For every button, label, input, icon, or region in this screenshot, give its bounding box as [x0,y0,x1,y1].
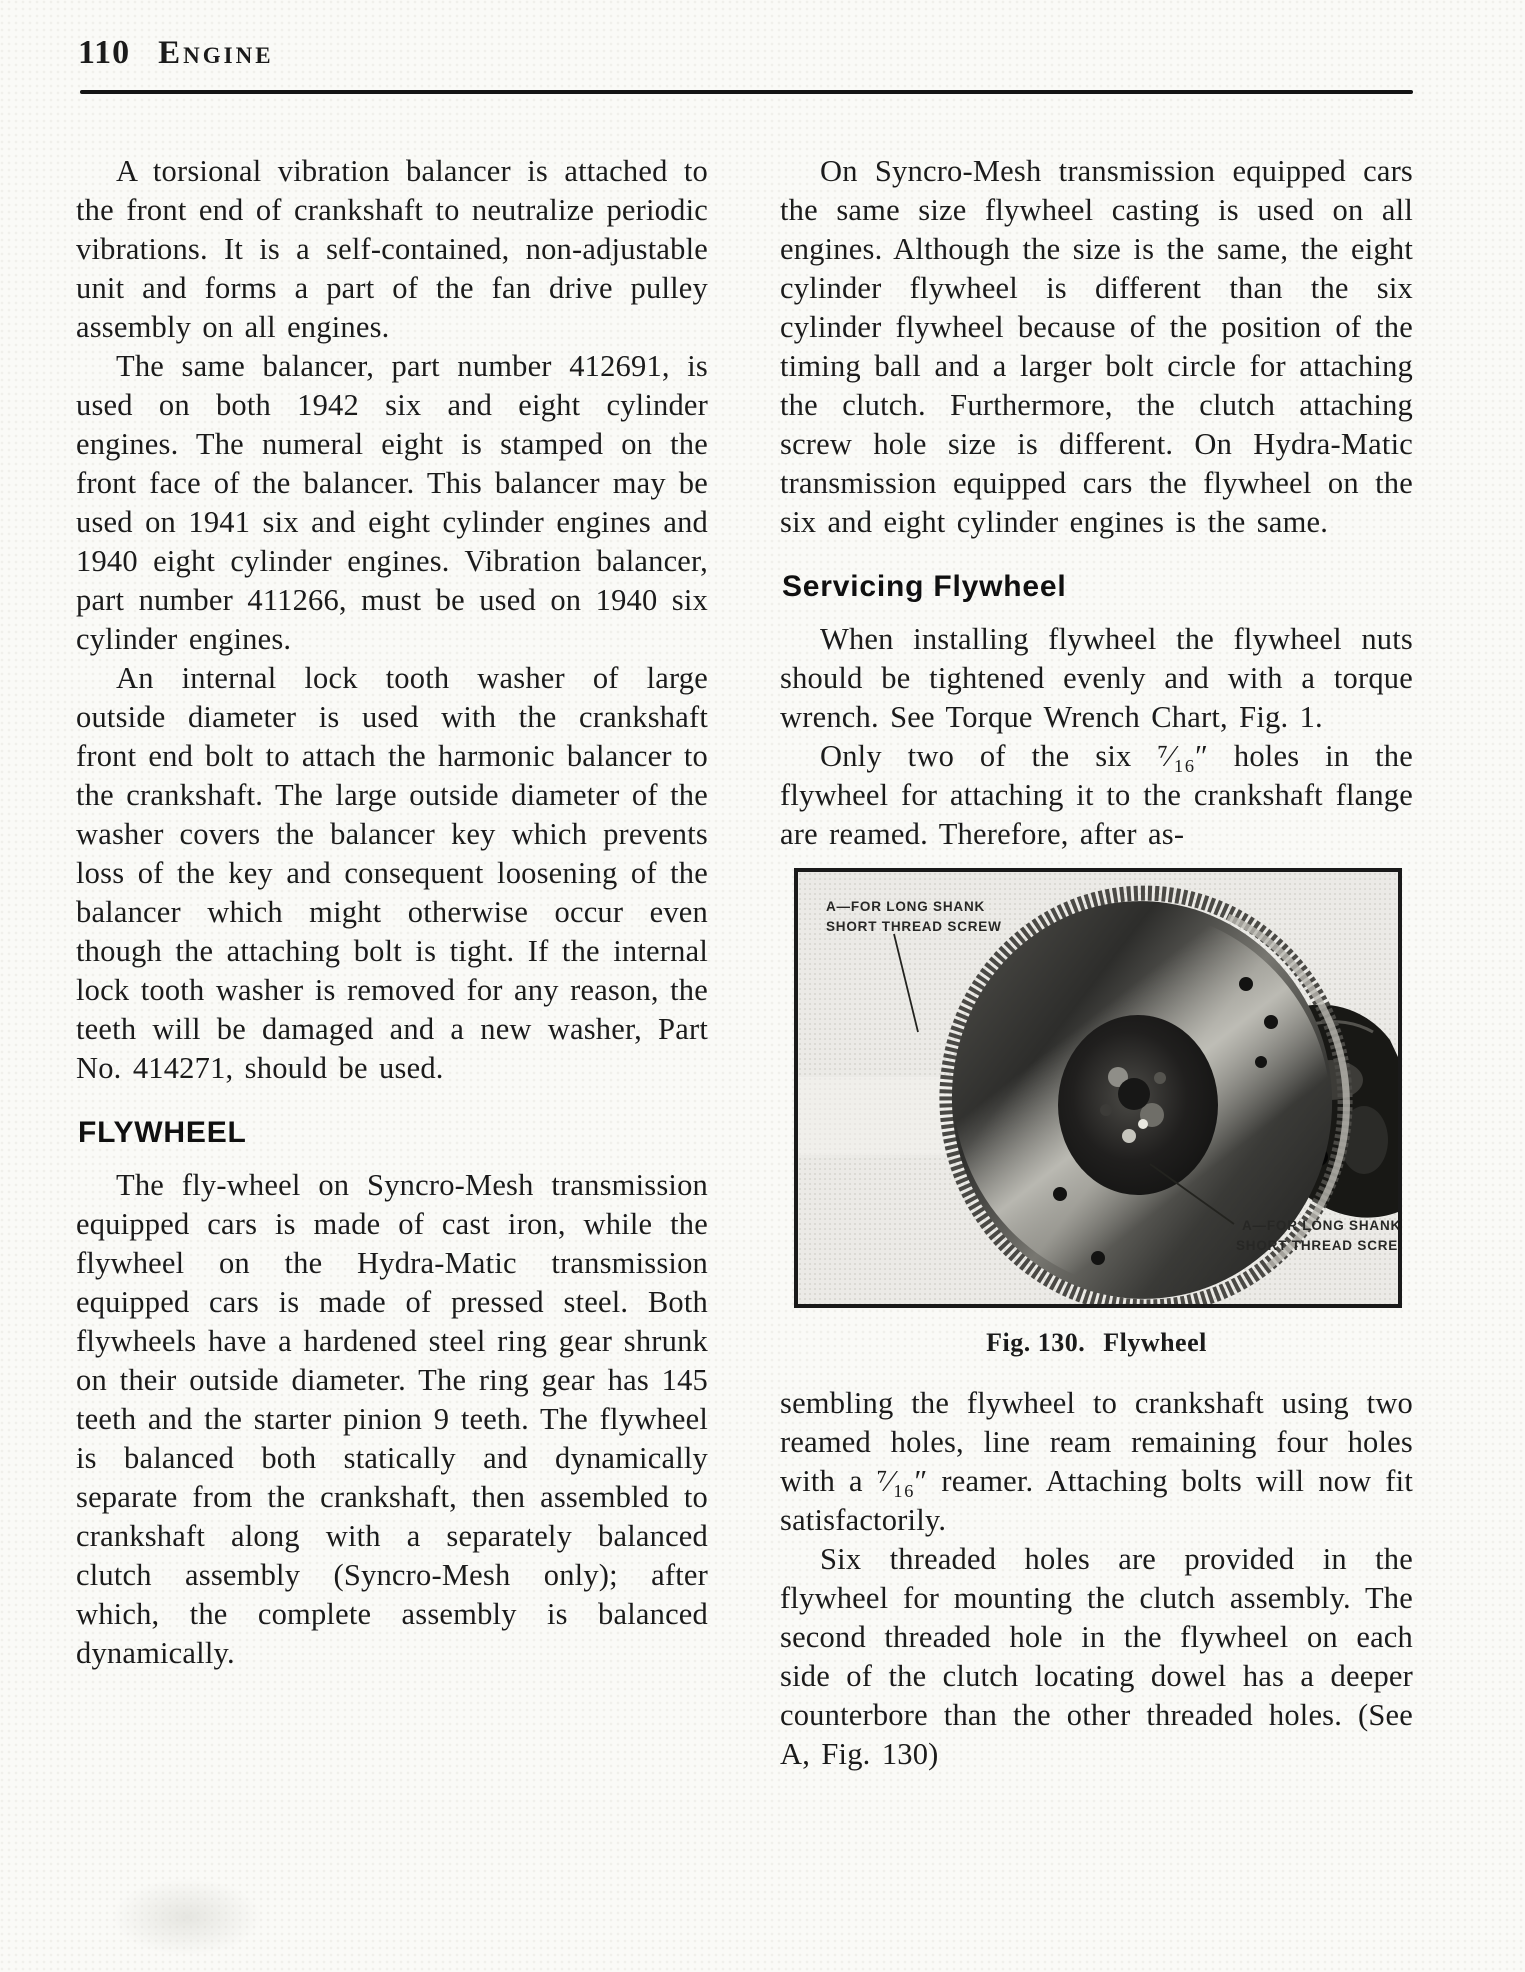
page-section-title: Engine [158,35,273,71]
header-rule [80,90,1413,94]
paragraph-threaded-holes: Six threaded holes are provided in the f… [780,1540,1413,1774]
figure-label-top-line1: A—FOR LONG SHANK [826,899,985,914]
page-number: 110 [78,34,130,71]
page-header: 110Engine [78,34,274,72]
paragraph-flywheel-casting: On Syncro-Mesh transmission equipped car… [780,152,1413,542]
right-column: On Syncro-Mesh transmission equipped car… [780,152,1413,1774]
heading-servicing-flywheel: Servicing Flywheel [782,570,1413,604]
left-column: A torsional vibration balancer is attach… [76,152,708,1673]
paragraph-installing-flywheel: When installing flywheel the flywheel nu… [780,620,1413,737]
figure-caption: Fig. 130.Flywheel [780,1328,1413,1358]
paragraph-reamed-holes: Only two of the six ⁷⁄₁₆″ holes in the f… [780,737,1413,854]
scan-smudge [112,1878,262,1956]
figure-label-bottom-line1: A—FOR LONG SHANK [1242,1218,1398,1233]
paragraph-balancer-intro: A torsional vibration balancer is attach… [76,152,708,347]
paragraph-line-ream: sembling the flywheel to crankshaft usin… [780,1384,1413,1540]
figure-label-bottom-line2: SHORT THREAD SCREW [1236,1238,1398,1253]
paragraph-balancer-part-numbers: The same balancer, part number 412691, i… [76,347,708,659]
flywheel-hub [1058,1015,1218,1195]
figure-flywheel-photo: A—FOR LONG SHANK SHORT THREAD SCREW A—FO… [794,868,1402,1308]
paragraph-flywheel-material: The fly-wheel on Syncro-Mesh transmissio… [76,1166,708,1673]
figure-caption-number: Fig. 130. [986,1328,1085,1357]
heading-flywheel: FLYWHEEL [78,1116,708,1150]
figure-label-top-line2: SHORT THREAD SCREW [826,919,1002,934]
flywheel-photo-illustration: A—FOR LONG SHANK SHORT THREAD SCREW A—FO… [798,872,1398,1304]
figure-caption-title: Flywheel [1103,1328,1207,1357]
manual-page: 110Engine A torsional vibration balancer… [0,0,1525,1972]
paragraph-lock-tooth-washer: An internal lock tooth washer of large o… [76,659,708,1088]
